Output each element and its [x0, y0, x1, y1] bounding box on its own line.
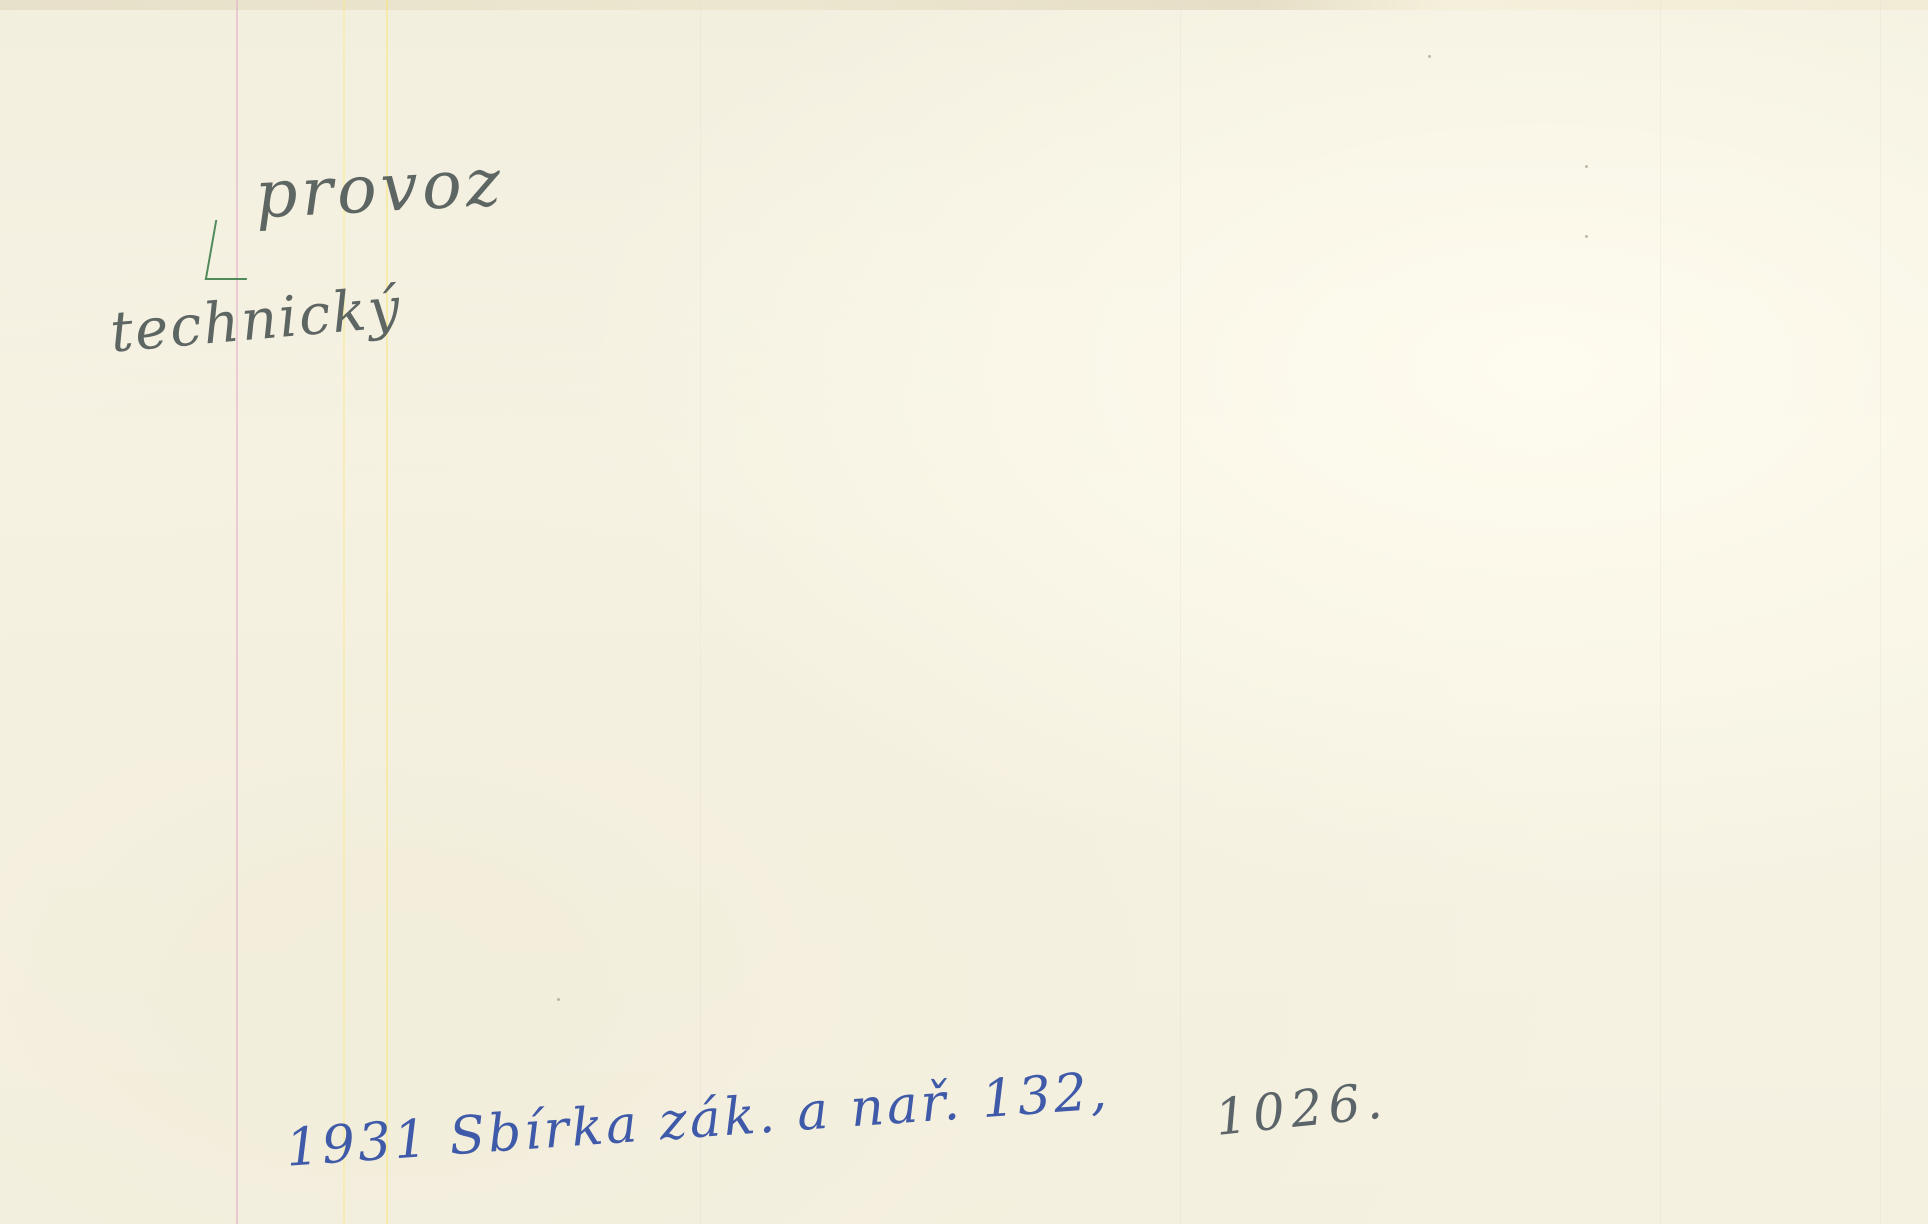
handwritten-citation: 1931 Sbírka zák. a nař. 132, [284, 1061, 1111, 1178]
green-bracket-mark [205, 220, 258, 280]
rule-line-faint [1660, 0, 1661, 1224]
paper-speck [1428, 55, 1431, 58]
paper-speck [1585, 165, 1588, 168]
margin-line-pink [236, 0, 238, 1224]
card-top-edge [0, 0, 1928, 10]
paper-speck [557, 998, 560, 1001]
handwritten-subheading: technický [108, 275, 405, 365]
rule-line-faint [1880, 0, 1881, 1224]
index-card: provoz technický 1931 Sbírka zák. a nař.… [0, 0, 1928, 1224]
rule-line-faint [1180, 0, 1181, 1224]
handwritten-heading: provoz [253, 144, 506, 234]
handwritten-citation-number: 1026. [1212, 1071, 1390, 1147]
rule-line-faint [700, 0, 701, 1224]
paper-speck [1585, 235, 1588, 238]
